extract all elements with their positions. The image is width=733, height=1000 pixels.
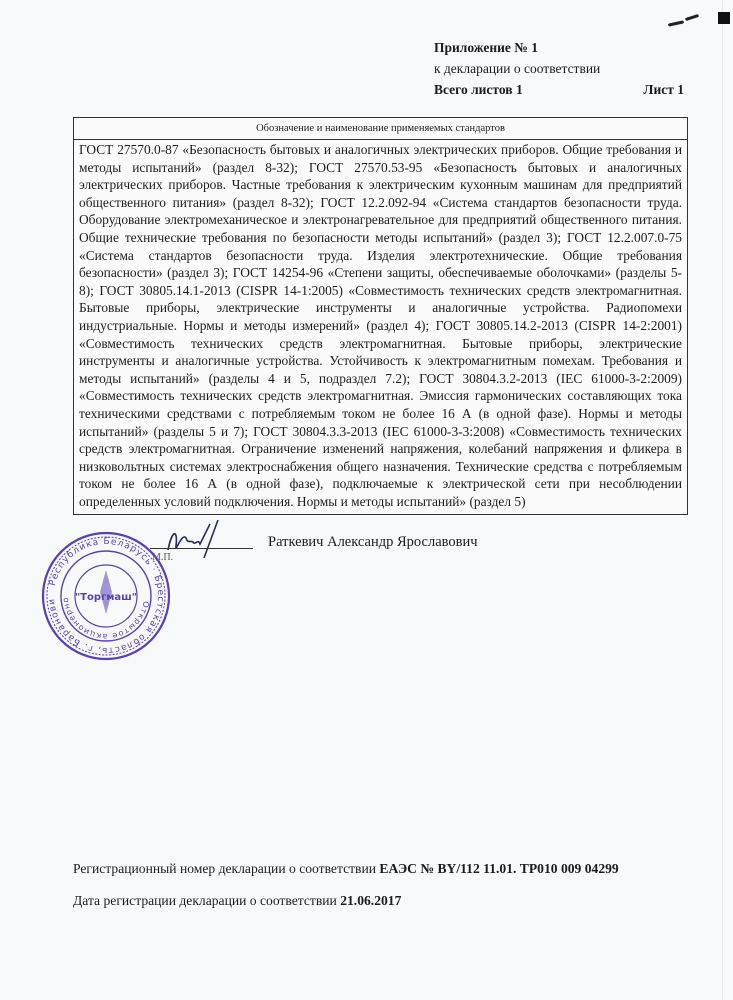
registration-number-label: Регистрационный номер декларации о соотв…: [73, 861, 379, 876]
svg-text:"Торгмаш": "Торгмаш": [75, 592, 137, 603]
table-column-header: Обозначение и наименование применяемых с…: [74, 118, 687, 140]
appendix-subtitle: к декларации о соответствии: [434, 58, 684, 79]
standards-table: Обозначение и наименование применяемых с…: [73, 117, 688, 515]
signer-name: Раткевич Александр Ярославович: [268, 534, 478, 551]
registration-number-value: ЕАЭС № BY/112 11.01. ТР010 009 04299: [379, 861, 618, 876]
page-edge: [722, 0, 723, 1000]
sheet-number: Лист 1: [643, 79, 684, 100]
appendix-header: Приложение № 1 к декларации о соответств…: [434, 37, 684, 100]
appendix-title: Приложение № 1: [434, 37, 684, 58]
scan-corner-marks: [0, 0, 733, 40]
registration-date: Дата регистрации декларации о соответств…: [73, 893, 401, 909]
registration-number: Регистрационный номер декларации о соотв…: [73, 861, 619, 877]
sheet-info: Всего листов 1 Лист 1: [434, 79, 684, 100]
scan-mark: [668, 20, 684, 26]
scan-mark: [685, 14, 699, 21]
total-sheets: Всего листов 1: [434, 79, 523, 100]
company-seal-stamp-icon: Республика Беларусь · Брестская область,…: [40, 530, 172, 662]
standards-list-text: ГОСТ 27570.0-87 «Безопасность бытовых и …: [74, 140, 687, 514]
registration-date-label: Дата регистрации декларации о соответств…: [73, 893, 340, 908]
registration-square-mark: [718, 12, 730, 24]
registration-date-value: 21.06.2017: [340, 893, 401, 908]
